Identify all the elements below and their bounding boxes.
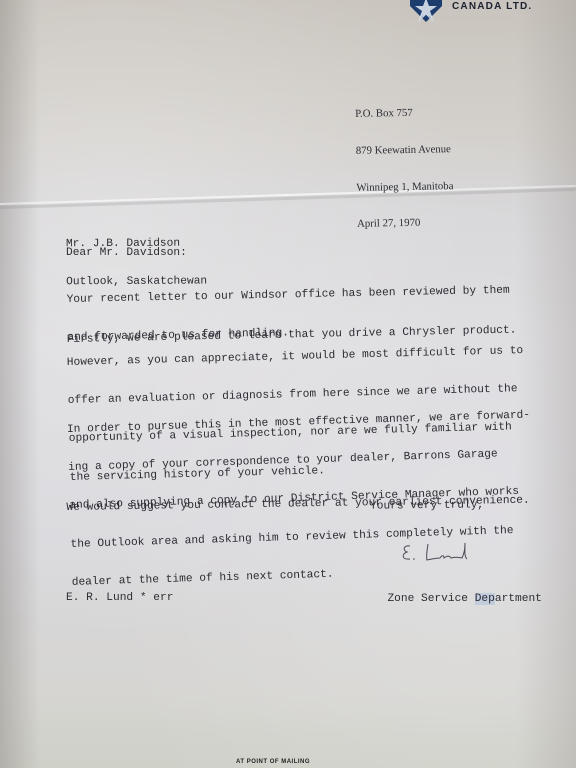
return-address-line: P.O. Box 757 (355, 107, 452, 121)
paragraph-line: In order to pursue this in the most effe… (67, 409, 530, 436)
company-name-line2: CANADA LTD. (452, 2, 532, 12)
handwritten-signature (398, 540, 488, 570)
footer-note: AT POINT OF MAILING (236, 759, 310, 765)
paragraph-line: However, as you can appreciate, it would… (67, 345, 524, 370)
department-highlighted: Dep (475, 593, 495, 605)
complimentary-closing: Yours very truly, (370, 499, 484, 513)
return-address-line: 879 Keewatin Avenue (356, 143, 453, 157)
department-suffix: artment (495, 593, 542, 605)
department-prefix: Zone Service (387, 593, 474, 605)
company-name: CHRYSLER CANADA LTD. (452, 0, 532, 12)
pentastar-logo-icon (408, 0, 444, 20)
paragraph-5: We would suggest you contact the dealer … (66, 469, 530, 527)
return-address-line: Winnipeg 1, Manitoba (356, 180, 453, 194)
letterhead: CHRYSLER CANADA LTD. (408, 0, 532, 20)
department-title: Zone Service Department (374, 580, 542, 605)
paper-shadow-left (0, 0, 40, 768)
sender-initials: E. R. Lund * err (66, 592, 173, 605)
salutation: Dear Mr. Davidson: (66, 247, 536, 260)
